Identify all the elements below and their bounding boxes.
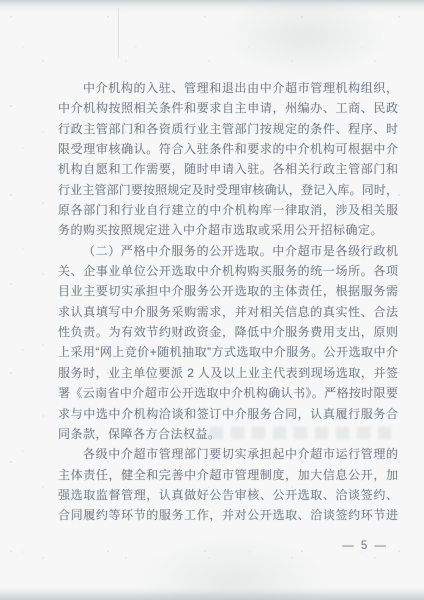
- text-line: 目业主要切实承担中介服务公开选取的主体责任，根据服务需: [58, 281, 398, 301]
- text-line: 机构自愿和工作需要，随时申请入驻。各相关行政主管部门和: [58, 159, 398, 179]
- text-line: 署《云南省中介超市公开选取中介机构确认书》。严格按时限要: [58, 383, 398, 403]
- text-line: 中介机构的入驻、管理和退出由中介超市管理机构组织，: [58, 78, 398, 98]
- text-line: 合同履约等环节的服务工作，并对公开选取、洽谈签约环节进: [58, 505, 398, 525]
- text-line: 强选取监督管理，认真做好公告审核、公开选取、洽谈签约、: [58, 485, 398, 505]
- text-line: 行政主管部门和各资质行业主管部门按规定的条件、程序、时: [58, 119, 398, 139]
- text-line: 关、企事业单位公开选取中介机构购买服务的统一场所。各项: [58, 261, 398, 281]
- text-line: 求与中选中介机构洽谈和签订中介服务合同，认真履行服务合: [58, 404, 398, 424]
- document-lines: 中介机构的入驻、管理和退出由中介超市管理机构组织，中介机构按照相关条件和要求自主…: [58, 78, 398, 526]
- text-line: 服务时，业主单位要派 2 人及以上业主代表到现场选取，并签: [58, 363, 398, 383]
- text-line: 行业主管部门要按照规定及时受理审核确认，登记入库。同时，: [58, 180, 398, 200]
- text-line: 各级中介超市管理部门要切实承担起中介超市运行管理的: [58, 444, 398, 464]
- scan-fold-artifact: [118, 8, 119, 58]
- text-line: 同条款，保障各方合法权益。: [58, 424, 398, 444]
- text-line: 务的购买按照规定进入中介超市选取或采用公开招标确定。: [58, 220, 398, 240]
- text-line: 原各部门和行业自行建立的中介机构库一律取消，涉及相关服: [58, 200, 398, 220]
- text-line: （二）严格中介服务的公开选取。中介超市是各级行政机: [58, 241, 398, 261]
- text-line: 上采用“网上竞价+随机抽取”方式选取中介服务。公开选取中介: [58, 342, 398, 362]
- scan-top-edge: [0, 0, 424, 14]
- scan-bottom-edge: [0, 587, 424, 600]
- text-line: 性负责。为有效节约财政资金，降低中介服务费用支出，原则: [58, 322, 398, 342]
- text-line: 主体责任，健全和完善中介超市管理制度，加大信息公开，加: [58, 465, 398, 485]
- text-line: 中介机构按照相关条件和要求自主申请，州编办、工商、民政: [58, 98, 398, 118]
- text-line: 限受理审核确认。符合入驻条件和要求的中介机构可根据中介: [58, 139, 398, 159]
- text-line: 求认真填写中介服务采购需求，并对相关信息的真实性、合法: [58, 302, 398, 322]
- page-number: — 5 —: [342, 540, 388, 552]
